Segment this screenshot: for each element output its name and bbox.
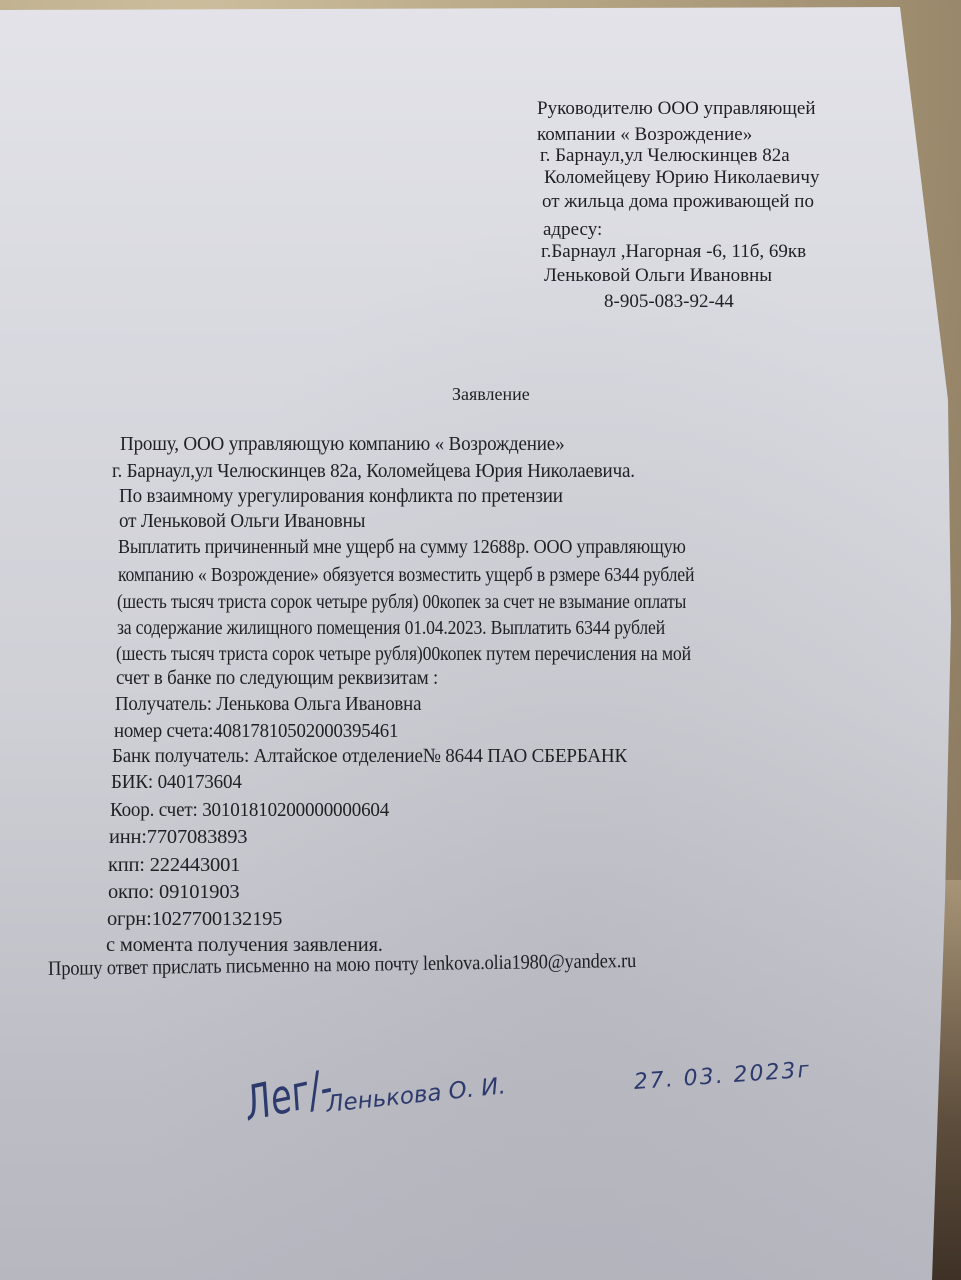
paragraph-line: за содержание жилищного помещения 01.04.… [117, 618, 665, 639]
addressee-line: от жильца дома проживающей по [542, 192, 814, 211]
inn: инн:7707083893 [109, 827, 247, 848]
addressee-line: Коломейцеву Юрию Николаевичу [544, 168, 819, 187]
paragraph-line: компанию « Возрождение» обязуется возмес… [118, 565, 694, 586]
intro-line: г. Барнаул,ул Челюскинцев 82а, Коломейце… [112, 461, 635, 482]
paragraph-line: Выплатить причиненный мне ущерб на сумму… [118, 537, 686, 558]
addressee-address: г.Барнаул ,Нагорная -6, 11б, 69кв [541, 242, 806, 261]
kpp: кпп: 222443001 [108, 855, 240, 876]
intro-line: Прошу, ООО управляющую компанию « Возрож… [120, 434, 564, 455]
addressee-name: Леньковой Ольги Ивановны [544, 266, 772, 285]
intro-line: По взаимному урегулирования конфликта по… [119, 486, 563, 507]
addressee-line: адресу: [543, 220, 602, 239]
bik: БИК: 040173604 [111, 772, 242, 793]
intro-line: от Леньковой Ольги Ивановны [119, 511, 365, 532]
paragraph-line: (шесть тысяч триста сорок четыре рубля) … [117, 592, 686, 613]
paragraph-line: счет в банке по следующим реквизитам : [116, 668, 438, 689]
addressee-line: г. Барнаул,ул Челюскинцев 82а [540, 146, 790, 165]
correspondent-account: Коор. счет: 30101810200000000604 [110, 800, 389, 821]
addressee-line: Руководителю ООО управляющей [537, 99, 816, 118]
from-receipt-note: с момента получения заявления. [106, 935, 383, 956]
addressee-line: компании « Возрождение» [537, 125, 752, 144]
okpo: окпо: 09101903 [108, 882, 239, 903]
document-title: Заявление [452, 385, 530, 403]
recipient-bank: Банк получатель: Алтайское отделение№ 86… [112, 746, 627, 767]
paragraph-line: (шесть тысяч триста сорок четыре рубля)0… [116, 644, 691, 665]
ogrn: огрн:1027700132195 [107, 909, 282, 930]
account-number: номер счета:40817810502000395461 [114, 721, 398, 742]
addressee-phone: 8-905-083-92-44 [604, 292, 734, 311]
recipient-name: Получатель: Ленькова Ольга Ивановна [115, 694, 421, 715]
